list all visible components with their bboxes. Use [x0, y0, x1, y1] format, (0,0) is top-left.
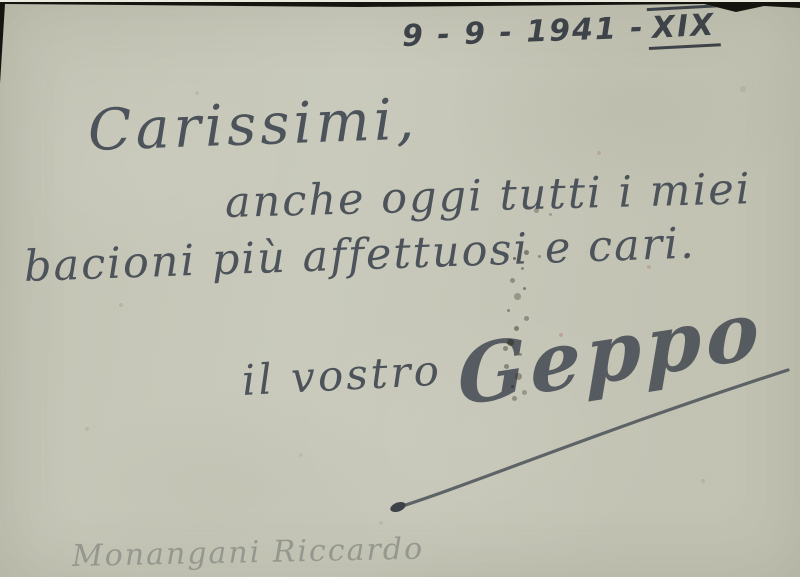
signature-flourish-stroke [372, 348, 796, 520]
scanner-background: 9 - 9 - 1941 -XIX Carissimi, anche oggi … [0, 0, 800, 577]
ink-stain-speckles [513, 257, 516, 260]
scan-top-edge-highlight [0, 0, 800, 2]
salutation: Carissimi, [87, 86, 419, 163]
postcard-paper: 9 - 9 - 1941 -XIX Carissimi, anche oggi … [0, 4, 800, 577]
date-text: 9 - 9 - 1941 - [401, 11, 645, 54]
body-line-2: bacioni più affettuosi e cari. [23, 219, 696, 292]
pencil-annotation: Monangani Riccardo [72, 532, 425, 574]
date-line: 9 - 9 - 1941 -XIX [401, 5, 721, 58]
fascist-era-year: XIX [647, 4, 722, 50]
paper-fibre-specks [0, 4, 2, 6]
